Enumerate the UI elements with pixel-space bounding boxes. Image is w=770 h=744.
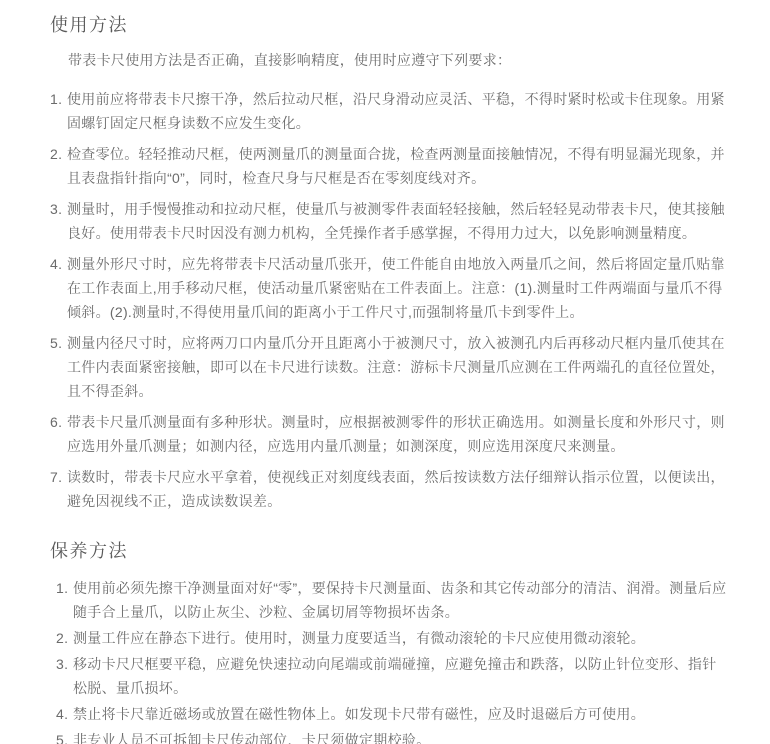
maintenance-list: 使用前必须先擦干净测量面对好“零”，要保持卡尺测量面、齿条和其它传动部分的清洁、… xyxy=(56,576,730,744)
maintenance-list-item-5: 非专业人员不可拆卸卡尺传动部位，卡尺须做定期校验。 xyxy=(56,728,730,744)
usage-intro-text: 带表卡尺使用方法是否正确，直接影响精度，使用时应遵守下列要求： xyxy=(68,48,730,72)
maintenance-list-item-1: 使用前必须先擦干净测量面对好“零”，要保持卡尺测量面、齿条和其它传动部分的清洁、… xyxy=(56,576,730,624)
usage-list-item-2: 检查零位。轻轻推动尺框，使两测量爪的测量面合拢，检查两测量面接触情况，不得有明显… xyxy=(50,142,730,190)
usage-list-item-4: 测量外形尺寸时，应先将带表卡尺活动量爪张开，使工件能自由地放入两量爪之间，然后将… xyxy=(50,252,730,324)
maintenance-list-item-2: 测量工件应在静态下进行。使用时，测量力度要适当，有微动滚轮的卡尺应使用微动滚轮。 xyxy=(56,626,730,650)
usage-list-item-6: 带表卡尺量爪测量面有多种形状。测量时，应根据被测零件的形状正确选用。如测量长度和… xyxy=(50,410,730,458)
instruction-page: 使用方法 带表卡尺使用方法是否正确，直接影响精度，使用时应遵守下列要求： 使用前… xyxy=(0,0,770,744)
maintenance-list-item-4: 禁止将卡尺靠近磁场或放置在磁性物体上。如发现卡尺带有磁性，应及时退磁后方可使用。 xyxy=(56,702,730,726)
section-usage: 使用方法 带表卡尺使用方法是否正确，直接影响精度，使用时应遵守下列要求： 使用前… xyxy=(50,14,730,513)
usage-list-item-3: 测量时，用手慢慢推动和拉动尺框，使量爪与被测零件表面轻轻接触，然后轻轻晃动带表卡… xyxy=(50,197,730,245)
usage-list-item-7: 读数时，带表卡尺应水平拿着，使视线正对刻度线表面，然后按读数方法仔细辩认指示位置… xyxy=(50,465,730,513)
maintenance-list-item-3: 移动卡尺尺框要平稳，应避免快速拉动向尾端或前端碰撞，应避免撞击和跌落，以防止针位… xyxy=(56,652,730,700)
maintenance-section-title: 保养方法 xyxy=(50,540,730,562)
section-maintenance: 保养方法 使用前必须先擦干净测量面对好“零”，要保持卡尺测量面、齿条和其它传动部… xyxy=(50,540,730,744)
usage-list-item-1: 使用前应将带表卡尺擦干净，然后拉动尺框，沿尺身滑动应灵活、平稳，不得时紧时松或卡… xyxy=(50,87,730,135)
usage-section-title: 使用方法 xyxy=(50,14,730,36)
usage-list: 使用前应将带表卡尺擦干净，然后拉动尺框，沿尺身滑动应灵活、平稳，不得时紧时松或卡… xyxy=(50,87,730,513)
usage-list-item-5: 测量内径尺寸时，应将两刀口内量爪分开且距离小于被测尺寸，放入被测孔内后再移动尺框… xyxy=(50,331,730,403)
